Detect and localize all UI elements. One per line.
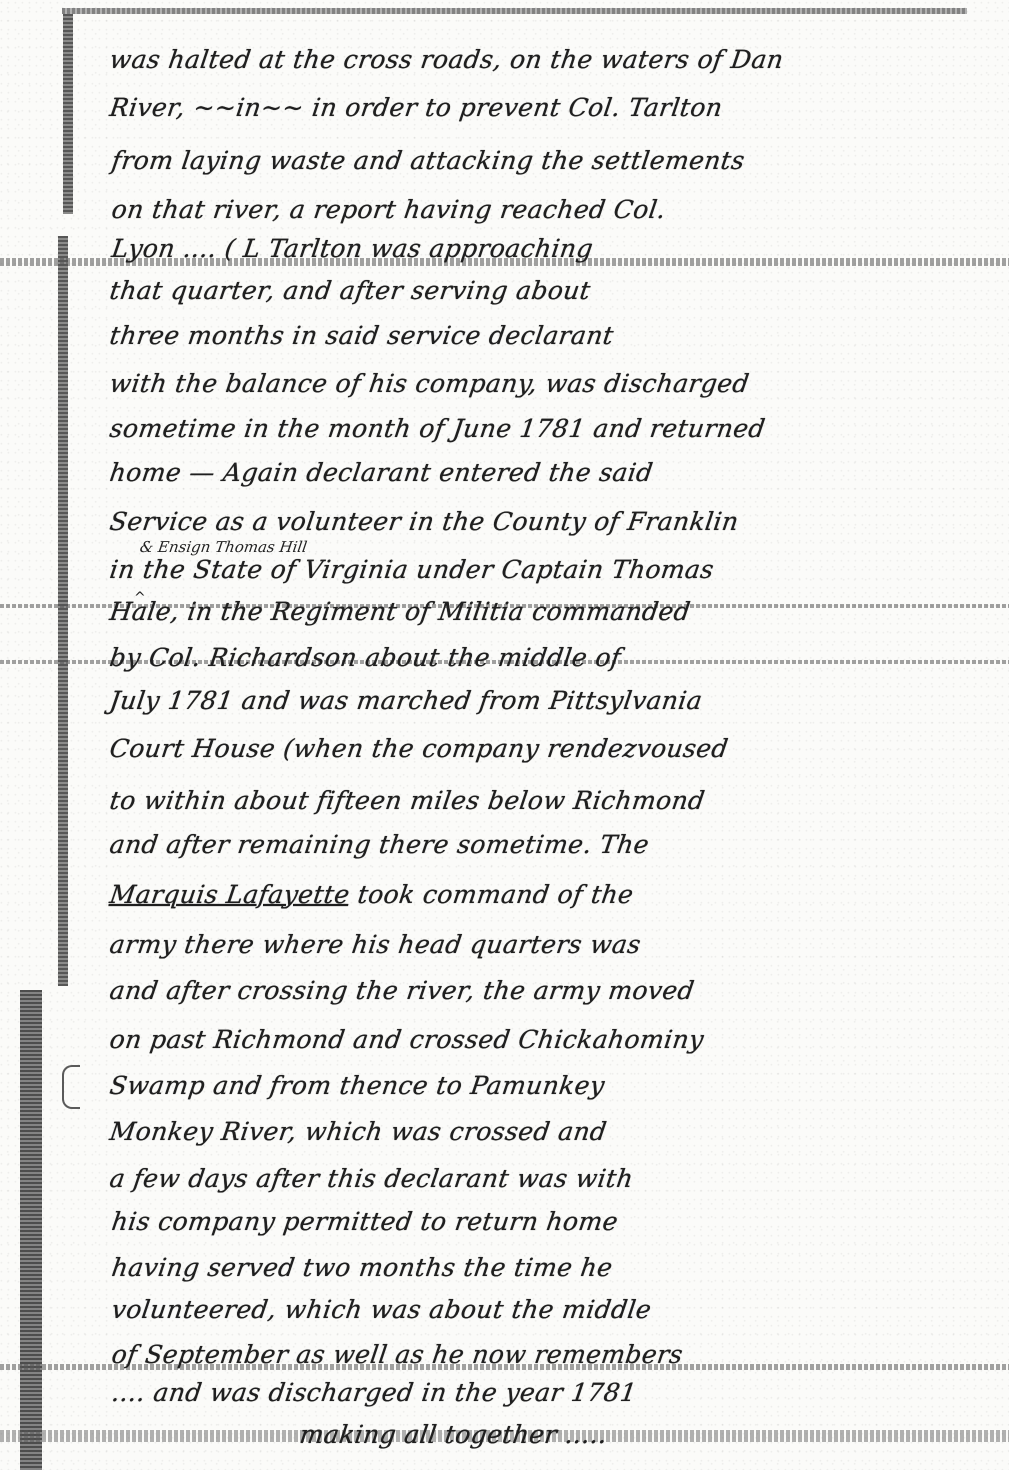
manuscript-line: on that river, a report having reached C…: [110, 195, 934, 224]
margin-bracket-mark: [62, 1065, 80, 1109]
manuscript-line: in the State of Virginia under Captain T…: [108, 555, 932, 584]
manuscript-line: Marquis Lafayette took command of the: [108, 880, 932, 909]
manuscript-line: July 1781 and was marched from Pittsylva…: [108, 686, 932, 715]
manuscript-line: from laying waste and attacking the sett…: [110, 146, 934, 175]
manuscript-line: on past Richmond and crossed Chickahomin…: [108, 1025, 932, 1054]
manuscript-line: three months in said service declarant: [108, 321, 932, 350]
manuscript-line: sometime in the month of June 1781 and r…: [108, 414, 932, 443]
manuscript-line: and after remaining there sometime. The: [108, 830, 932, 859]
left-margin-rule: [20, 990, 42, 1470]
manuscript-line: having served two months the time he: [110, 1253, 934, 1282]
left-margin-rule: [63, 14, 73, 214]
manuscript-line: that quarter, and after serving about: [108, 276, 932, 305]
manuscript-line: a few days after this declarant was with: [108, 1164, 932, 1193]
manuscript-line: Monkey River, which was crossed and: [108, 1117, 932, 1146]
manuscript-line: by Col. Richardson about the middle of: [108, 643, 932, 672]
manuscript-line: making all together .....: [298, 1420, 1009, 1449]
manuscript-line: Hale, in the Regiment of Militia command…: [108, 597, 932, 626]
manuscript-line: army there where his head quarters was: [108, 930, 932, 959]
manuscript-line: was halted at the cross roads, on the wa…: [108, 45, 932, 74]
left-margin-rule: [58, 236, 68, 986]
manuscript-line: and after crossing the river, the army m…: [108, 976, 932, 1005]
manuscript-line: volunteered, which was about the middle: [110, 1295, 934, 1324]
interlinear-insertion: & Ensign Thomas Hill: [139, 538, 309, 556]
manuscript-line: home — Again declarant entered the said: [108, 458, 932, 487]
manuscript-line: Service as a volunteer in the County of …: [108, 507, 932, 536]
manuscript-line: of September as well as he now remembers: [110, 1340, 934, 1369]
manuscript-line: Lyon .... ( L Tarlton was approaching: [110, 234, 934, 263]
underlined-name: Marquis Lafayette: [108, 880, 352, 909]
manuscript-line: River, ~~in~~ in order to prevent Col. T…: [108, 93, 932, 122]
manuscript-page: ^ & Ensign Thomas Hill was halted at the…: [0, 0, 1009, 1470]
manuscript-line: Swamp and from thence to Pamunkey: [108, 1071, 932, 1100]
manuscript-line: .... and was discharged in the year 1781: [110, 1378, 934, 1407]
manuscript-line: Court House (when the company rendezvous…: [108, 734, 932, 763]
manuscript-line: with the balance of his company, was dis…: [108, 369, 932, 398]
top-border-rule: [62, 8, 967, 14]
manuscript-line: to within about fifteen miles below Rich…: [108, 786, 932, 815]
manuscript-line: his company permitted to return home: [110, 1207, 934, 1236]
